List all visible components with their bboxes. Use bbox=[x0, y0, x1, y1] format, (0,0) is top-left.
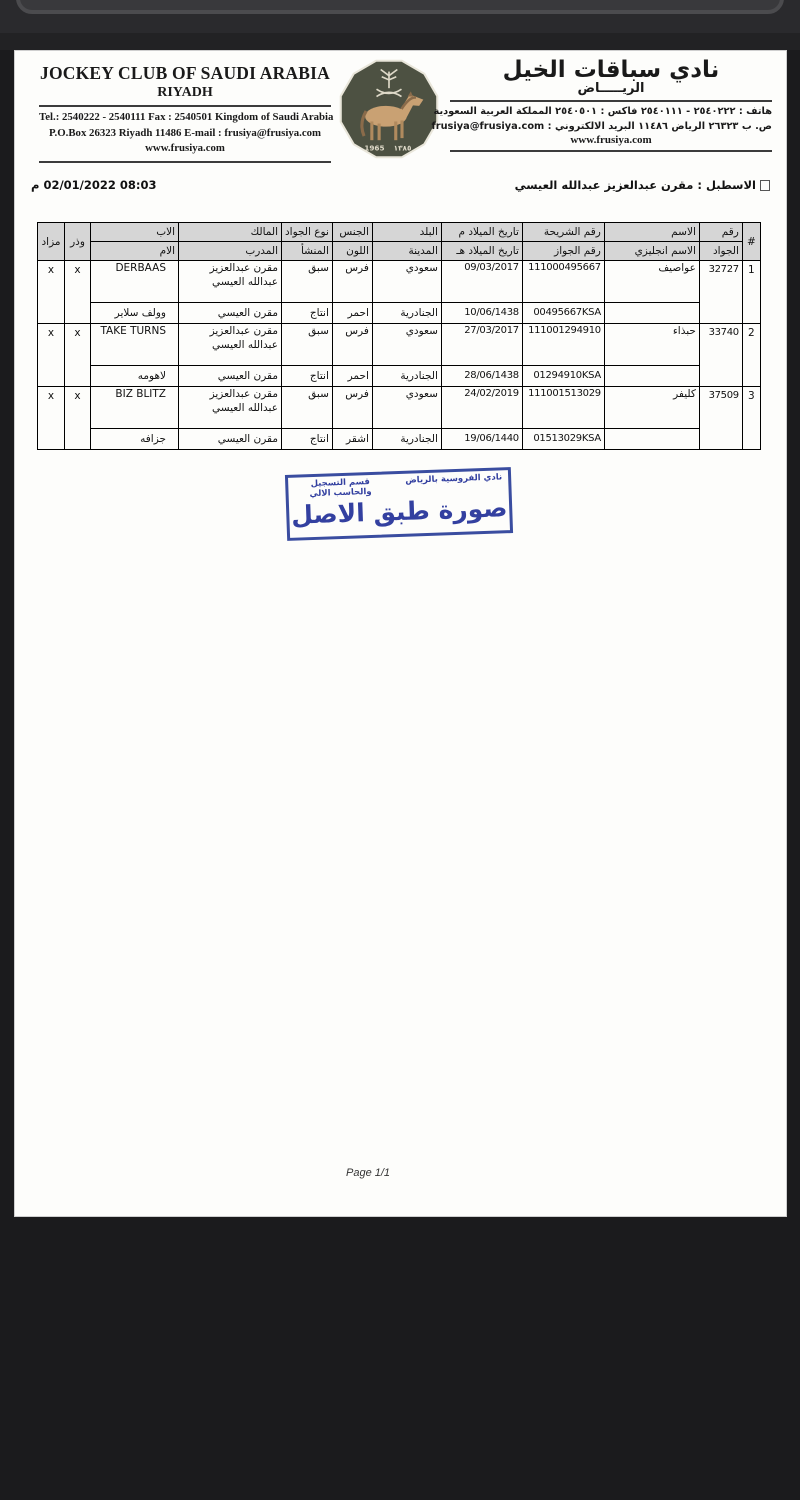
club-title-en: JOCKEY CLUB OF SAUDI ARABIA bbox=[39, 63, 331, 84]
col-name-ar: الاسم bbox=[604, 223, 699, 242]
cell-sex: فرس bbox=[332, 387, 372, 429]
cell-country: سعودي bbox=[372, 324, 441, 366]
cell-color: احمر bbox=[332, 303, 372, 324]
divider bbox=[450, 150, 772, 152]
cell-name-en bbox=[604, 303, 699, 324]
cell-index: 2 bbox=[742, 324, 760, 387]
horse-row-1-main: 1 32727 عواصيف 111000495667 09/03/2017 س… bbox=[38, 261, 761, 303]
club-city-en: RIYADH bbox=[39, 85, 331, 101]
contact-line-en: Tel.: 2540222 - 2540111 Fax : 2540501 Ki… bbox=[39, 110, 331, 126]
col-horse-type: نوع الجواد bbox=[282, 223, 333, 242]
app-top-chrome bbox=[0, 0, 800, 50]
contact-line-ar: هاتف : ٢٥٤٠٢٢٢ - ٢٥٤٠١١١ فاكس : ٢٥٤٠٥٠١ … bbox=[450, 105, 772, 120]
website-en: www.frusiya.com bbox=[39, 141, 331, 157]
horses-table: # رقم الاسم رقم الشريحة تاريخ الميلاد م … bbox=[37, 222, 761, 450]
cell-auction: x bbox=[38, 324, 65, 387]
cell-auction: x bbox=[38, 387, 65, 450]
cell-owner: مقرن عبدالعزيز عبدالله العيسي bbox=[179, 387, 282, 429]
col-trainer: المدرب bbox=[179, 242, 282, 261]
report-datetime: 08:03 02/01/2022 م bbox=[31, 178, 156, 192]
logo-year-en: 1965 bbox=[364, 144, 384, 153]
horse-row-2-sub: 01294910KSA 28/06/1438 الجنادرية احمر ان… bbox=[38, 366, 761, 387]
cell-name-ar: عواصيف bbox=[604, 261, 699, 303]
table-header-row-2: الجواد الاسم انجليزي رقم الجواز تاريخ ال… bbox=[38, 242, 761, 261]
cell-trainer: مقرن العيسي bbox=[179, 429, 282, 450]
cell-type: سبق bbox=[282, 324, 333, 366]
col-name-en: الاسم انجليزي bbox=[604, 242, 699, 261]
document-page[interactable]: JOCKEY CLUB OF SAUDI ARABIA RIYADH Tel.:… bbox=[14, 50, 787, 1217]
cell-city: الجنادرية bbox=[372, 366, 441, 387]
stable-name-text: الاسطبل : مقرن عبدالعزيز عبدالله العيسي bbox=[515, 178, 756, 192]
missing-glyph-icon bbox=[760, 180, 770, 191]
col-owner: المالك bbox=[179, 223, 282, 242]
logo-year-ar: ١٣٨٥ bbox=[394, 144, 412, 153]
cell-owner: مقرن عبدالعزيز عبدالله العيسي bbox=[179, 324, 282, 366]
cell-name-en bbox=[604, 366, 699, 387]
club-title-ar: نادي سباقات الخيل bbox=[450, 57, 772, 83]
website-ar: www.frusiya.com bbox=[450, 134, 772, 146]
col-passport: رقم الجواز bbox=[522, 242, 604, 261]
horse-row-3-main: 3 37509 كليفر 111001513029 24/02/2019 سع… bbox=[38, 387, 761, 429]
cell-auction: x bbox=[38, 261, 65, 324]
horse-row-3-sub: 01513029KSA 19/06/1440 الجنادرية اشقر ان… bbox=[38, 429, 761, 450]
col-city: المدينة bbox=[372, 242, 441, 261]
col-sex: الجنس bbox=[332, 223, 372, 242]
certified-copy-stamp: نادي الفروسية بالرياض قسم التسجيل والحاس… bbox=[285, 467, 513, 541]
cell-wthr: x bbox=[65, 387, 91, 450]
cell-sex: فرس bbox=[332, 324, 372, 366]
cell-sire: DERBAAS bbox=[91, 261, 179, 303]
cell-country: سعودي bbox=[372, 261, 441, 303]
club-city-ar: الريـــــاض bbox=[450, 81, 772, 96]
cell-dob-g: 09/03/2017 bbox=[441, 261, 522, 303]
cell-passport: 00495667KSA bbox=[522, 303, 604, 324]
page-number: Page 1/1 bbox=[346, 1167, 390, 1179]
cell-index: 3 bbox=[742, 387, 760, 450]
col-horse-number-1: رقم bbox=[699, 223, 742, 242]
horse-row-2-main: 2 33740 حبذاء 111001294910 27/03/2017 سع… bbox=[38, 324, 761, 366]
divider bbox=[450, 100, 772, 102]
cell-passport: 01513029KSA bbox=[522, 429, 604, 450]
cell-name-ar: حبذاء bbox=[604, 324, 699, 366]
stamp-dept: قسم التسجيل والحاسب الالي bbox=[294, 477, 387, 500]
col-country: البلد bbox=[372, 223, 441, 242]
cell-dob-g: 27/03/2017 bbox=[441, 324, 522, 366]
cell-chip: 111001513029 bbox=[522, 387, 604, 429]
club-logo: 1965 ١٣٨٥ bbox=[337, 57, 441, 161]
stable-name: الاسطبل : مقرن عبدالعزيز عبدالله العيسي bbox=[515, 178, 770, 192]
cell-wthr: x bbox=[65, 261, 91, 324]
report-meta-line: الاسطبل : مقرن عبدالعزيز عبدالله العيسي … bbox=[31, 178, 770, 192]
cell-owner: مقرن عبدالعزيز عبدالله العيسي bbox=[179, 261, 282, 303]
cell-dob-h: 10/06/1438 bbox=[441, 303, 522, 324]
col-chip: رقم الشريحة bbox=[522, 223, 604, 242]
col-wthr: وذر bbox=[65, 223, 91, 261]
col-hash: # bbox=[742, 223, 760, 261]
cell-origin: انتاج bbox=[282, 429, 333, 450]
cell-dob-h: 19/06/1440 bbox=[441, 429, 522, 450]
cell-trainer: مقرن العيسي bbox=[179, 303, 282, 324]
col-dam: الام bbox=[91, 242, 179, 261]
cell-dob-g: 24/02/2019 bbox=[441, 387, 522, 429]
cell-sire: TAKE TURNS bbox=[91, 324, 179, 366]
cell-dam: وولف سلاير bbox=[91, 303, 179, 324]
table-header-row-1: # رقم الاسم رقم الشريحة تاريخ الميلاد م … bbox=[38, 223, 761, 242]
cell-city: الجنادرية bbox=[372, 429, 441, 450]
cell-horse-id: 33740 bbox=[699, 324, 742, 387]
divider bbox=[39, 105, 331, 107]
col-horse-number-2: الجواد bbox=[699, 242, 742, 261]
divider bbox=[39, 161, 331, 163]
col-dob-hijri: تاريخ الميلاد هـ bbox=[441, 242, 522, 261]
cell-sex: فرس bbox=[332, 261, 372, 303]
cell-origin: انتاج bbox=[282, 303, 333, 324]
horse-row-1-sub: 00495667KSA 10/06/1438 الجنادرية احمر ان… bbox=[38, 303, 761, 324]
cell-color: اشقر bbox=[332, 429, 372, 450]
cell-dam: جزافه bbox=[91, 429, 179, 450]
col-color: اللون bbox=[332, 242, 372, 261]
cell-name-en bbox=[604, 429, 699, 450]
cell-horse-id: 32727 bbox=[699, 261, 742, 324]
cell-origin: انتاج bbox=[282, 366, 333, 387]
cell-name-ar: كليفر bbox=[604, 387, 699, 429]
cell-dam: لاهومه bbox=[91, 366, 179, 387]
cell-trainer: مقرن العيسي bbox=[179, 366, 282, 387]
cell-index: 1 bbox=[742, 261, 760, 324]
cell-sire: BIZ BLITZ bbox=[91, 387, 179, 429]
letterhead-english: JOCKEY CLUB OF SAUDI ARABIA RIYADH Tel.:… bbox=[39, 63, 331, 166]
cell-type: سبق bbox=[282, 387, 333, 429]
cell-horse-id: 37509 bbox=[699, 387, 742, 450]
browser-card-edge[interactable] bbox=[16, 0, 784, 14]
col-origin: المنشأ bbox=[282, 242, 333, 261]
cell-city: الجنادرية bbox=[372, 303, 441, 324]
col-dob-gregorian: تاريخ الميلاد م bbox=[441, 223, 522, 242]
cell-chip: 111000495667 bbox=[522, 261, 604, 303]
cell-passport: 01294910KSA bbox=[522, 366, 604, 387]
cell-dob-h: 28/06/1438 bbox=[441, 366, 522, 387]
cell-country: سعودي bbox=[372, 387, 441, 429]
contact-line-ar: ص. ب ٢٦٣٢٣ الرياض ١١٤٨٦ البريد الالكترون… bbox=[450, 120, 772, 135]
col-auction: مزاد bbox=[38, 223, 65, 261]
stamp-org: نادي الفروسية بالرياض bbox=[405, 473, 502, 486]
cell-color: احمر bbox=[332, 366, 372, 387]
contact-line-en: P.O.Box 26323 Riyadh 11486 E-mail : frus… bbox=[39, 126, 331, 142]
letterhead-arabic: نادي سباقات الخيل الريـــــاض هاتف : ٢٥٤… bbox=[450, 57, 772, 155]
cell-type: سبق bbox=[282, 261, 333, 303]
cell-wthr: x bbox=[65, 324, 91, 387]
cell-chip: 111001294910 bbox=[522, 324, 604, 366]
col-sire: الاب bbox=[91, 223, 179, 242]
